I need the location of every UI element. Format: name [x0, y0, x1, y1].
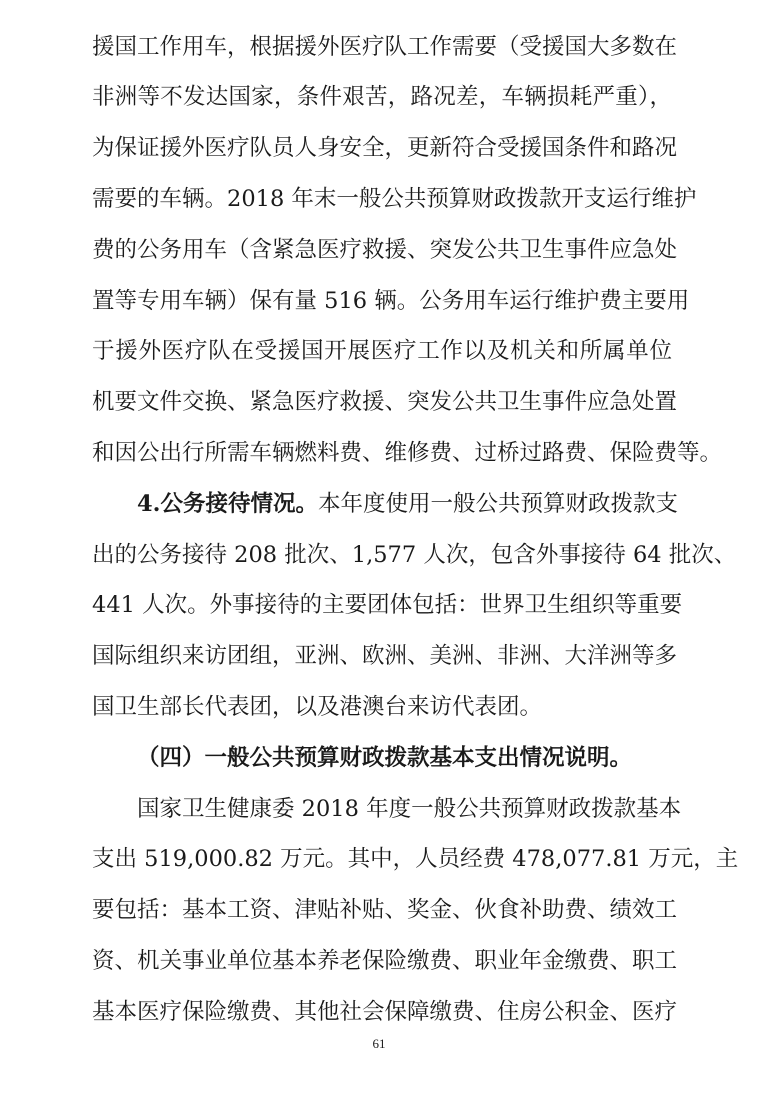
text-line: 国家卫生健康委 2018 年度一般公共预算财政拨款基本: [137, 794, 672, 824]
text-line: 资、机关事业单位基本养老保险缴费、职业年金缴费、职工: [92, 946, 672, 976]
text-line: 国卫生部长代表团，以及港澳台来访代表团。: [92, 692, 672, 722]
text-line: 机要文件交换、紧急医疗救援、突发公共卫生事件应急处置: [92, 387, 672, 417]
page-number: 61: [0, 1036, 758, 1052]
text-line: 于援外医疗队在受援国开展医疗工作以及机关和所属单位: [92, 336, 672, 366]
text-line: 置等专用车辆）保有量 516 辆。公务用车运行维护费主要用: [92, 286, 672, 316]
text-line: 费的公务用车（含紧急医疗救援、突发公共卫生事件应急处: [92, 235, 672, 265]
section-4-text: 本年度使用一般公共预算财政拨款支: [318, 491, 678, 517]
text-line: 非洲等不发达国家，条件艰苦，路况差，车辆损耗严重），: [92, 82, 672, 112]
text-line: 基本医疗保险缴费、其他社会保障缴费、住房公积金、医疗: [92, 997, 672, 1027]
text-line: 需要的车辆。2018 年末一般公共预算财政拨款开支运行维护: [92, 184, 672, 214]
text-line: 要包括：基本工资、津贴补贴、奖金、伙食补助费、绩效工: [92, 895, 672, 925]
text-line: 和因公出行所需车辆燃料费、维修费、过桥过路费、保险费等。: [92, 438, 672, 468]
text-line: 国际组织来访团组，亚洲、欧洲、美洲、非洲、大洋洲等多: [92, 641, 672, 671]
text-line: 出的公务接待 208 批次、1,577 人次，包含外事接待 64 批次、: [92, 540, 672, 570]
document-page: 援国工作用车，根据援外医疗队工作需要（受援国大多数在 非洲等不发达国家，条件艰苦…: [0, 0, 758, 1100]
text-line: 441 人次。外事接待的主要团体包括：世界卫生组织等重要: [92, 590, 672, 620]
section-heading: （四）一般公共预算财政拨款基本支出情况说明。: [137, 743, 677, 773]
section-4-title: 4.公务接待情况。: [137, 491, 318, 517]
text-line: 支出 519,000.82 万元。其中，人员经费 478,077.81 万元，主: [92, 844, 672, 874]
section-4-first-line: 4.公务接待情况。本年度使用一般公共预算财政拨款支: [137, 489, 672, 519]
text-line: 为保证援外医疗队员人身安全，更新符合受援国条件和路况: [92, 133, 672, 163]
text-line: 援国工作用车，根据援外医疗队工作需要（受援国大多数在: [92, 32, 672, 62]
